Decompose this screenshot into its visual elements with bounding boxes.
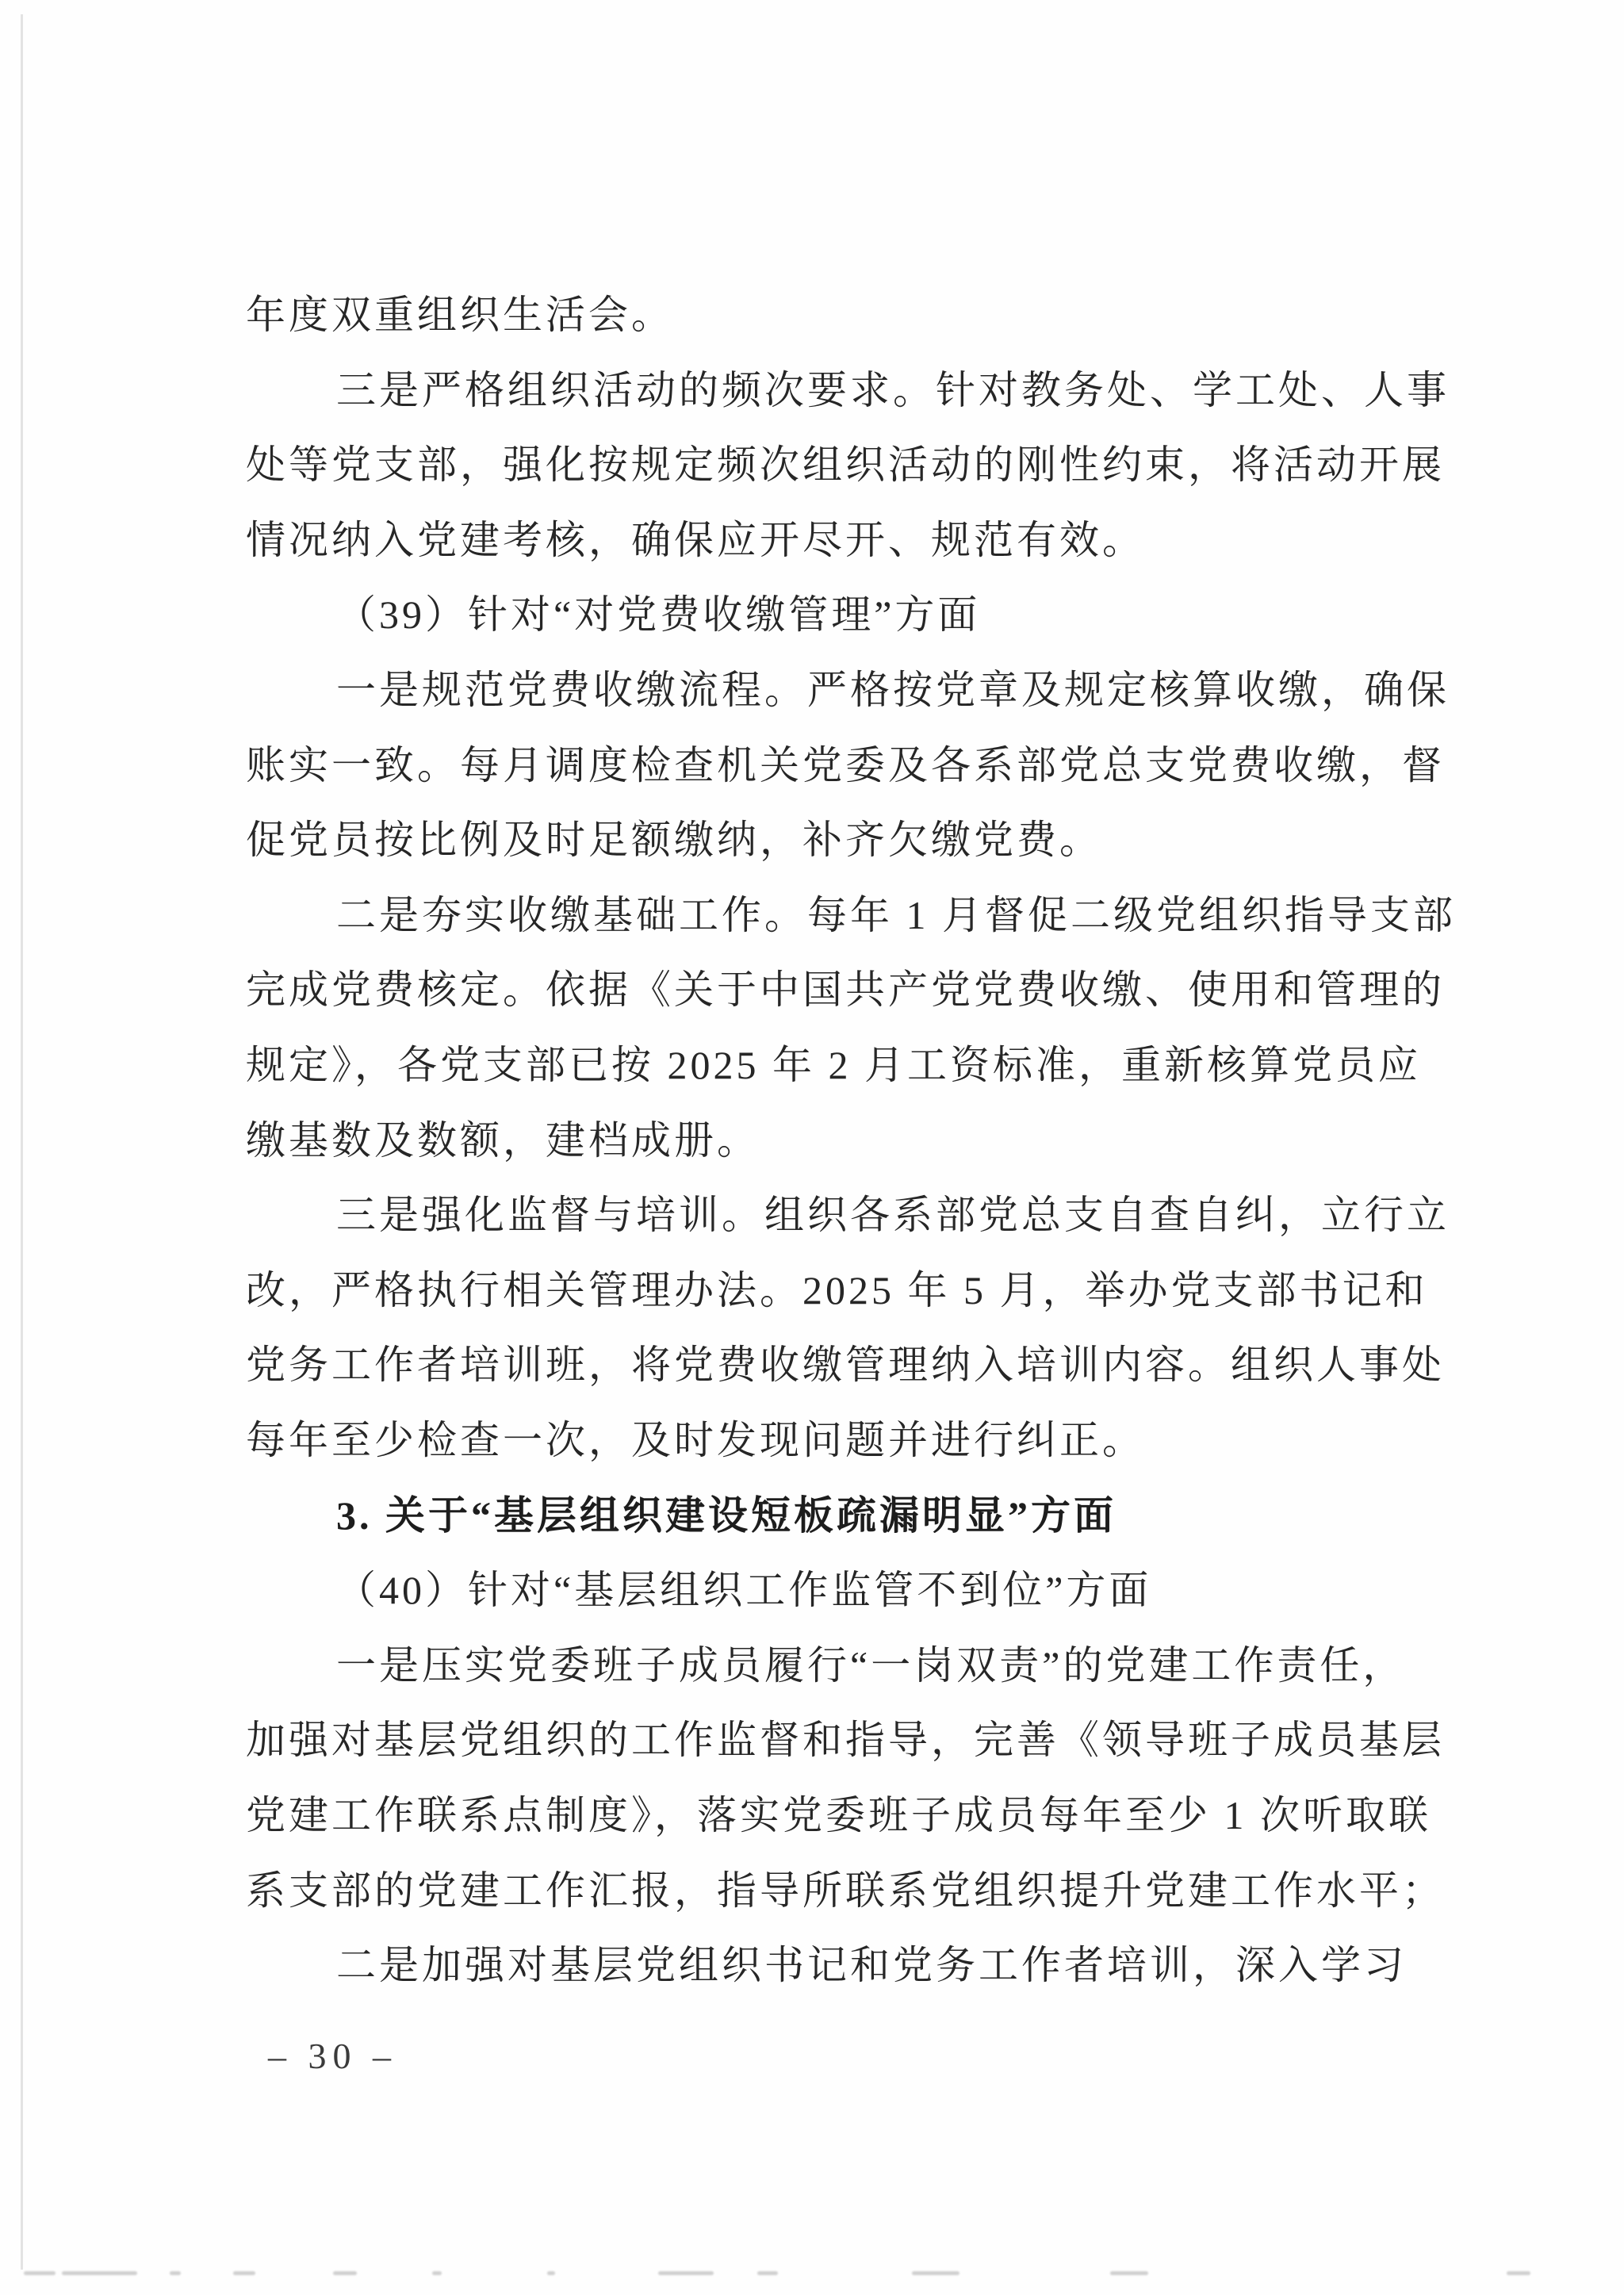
document-body: 年度双重组织生活会。三是严格组织活动的频次要求。针对教务处、学工处、人事处等党支… bbox=[246, 290, 1448, 2035]
scan-smudge bbox=[1507, 2271, 1530, 2275]
text-line: 处等党支部，强化按规定频次组织活动的刚性约束，将活动开展 bbox=[246, 440, 1445, 489]
text-line: （39）针对“对党费收缴管理”方面 bbox=[336, 590, 980, 639]
scan-smudge bbox=[432, 2271, 442, 2275]
text-line: 党建工作联系点制度》，落实党委班子成员每年至少 1 次听取联 bbox=[246, 1791, 1431, 1840]
text-line: 缴基数及数额，建档成册。 bbox=[246, 1116, 760, 1165]
text-line: 二是加强对基层党组织书记和党务工作者培训，深入学习 bbox=[336, 1941, 1407, 1990]
text-line: 三是强化监督与培训。组织各系部党总支自查自纠，立行立 bbox=[336, 1190, 1450, 1239]
scan-bottom-artifact bbox=[0, 2268, 1624, 2279]
scan-smudge bbox=[912, 2271, 959, 2275]
text-line: 规定》，各党支部已按 2025 年 2 月工资标准，重新核算党员应 bbox=[246, 1040, 1421, 1090]
scan-edge-artifact bbox=[21, 14, 23, 2270]
text-line: 系支部的党建工作汇报，指导所联系党组织提升党建工作水平； bbox=[246, 1866, 1445, 1915]
scan-smudge bbox=[62, 2271, 137, 2275]
text-line: 账实一致。每月调度检查机关党委及各系部党总支党费收缴，督 bbox=[246, 741, 1445, 790]
text-line: 每年至少检查一次，及时发现问题并进行纠正。 bbox=[246, 1416, 1145, 1465]
page-number: – 30 – bbox=[268, 2035, 397, 2077]
text-line: 年度双重组织生活会。 bbox=[246, 290, 674, 339]
scan-smudge bbox=[1110, 2271, 1148, 2275]
scan-smudge bbox=[658, 2271, 714, 2275]
text-line: 加强对基层党组织的工作监督和指导，完善《领导班子成员基层 bbox=[246, 1715, 1445, 1764]
text-line: 一是规范党费收缴流程。严格按党章及规定核算收缴，确保 bbox=[336, 665, 1450, 715]
document-page: 年度双重组织生活会。三是严格组织活动的频次要求。针对教务处、学工处、人事处等党支… bbox=[0, 0, 1624, 2295]
text-line: 促党员按比例及时足额缴纳，补齐欠缴党费。 bbox=[246, 815, 1102, 864]
text-line: 情况纳入党建考核，确保应开尽开、规范有效。 bbox=[246, 515, 1145, 565]
text-line: 党务工作者培训班，将党费收缴管理纳入培训内容。组织人事处 bbox=[246, 1340, 1445, 1389]
scan-smudge bbox=[170, 2271, 181, 2275]
scan-smudge bbox=[233, 2271, 255, 2275]
text-line: 三是严格组织活动的频次要求。针对教务处、学工处、人事 bbox=[336, 366, 1450, 415]
scan-smudge bbox=[24, 2271, 56, 2275]
text-line: 完成党费核定。依据《关于中国共产党党费收缴、使用和管理的 bbox=[246, 965, 1445, 1014]
scan-smudge bbox=[547, 2271, 555, 2275]
text-line: 改，严格执行相关管理办法。2025 年 5 月，举办党支部书记和 bbox=[246, 1266, 1428, 1315]
scan-smudge bbox=[333, 2271, 357, 2275]
text-line: 一是压实党委班子成员履行“一岗双责”的党建工作责任， bbox=[336, 1641, 1405, 1690]
scan-smudge bbox=[757, 2271, 778, 2275]
section-heading: 3. 关于“基层组织建设短板疏漏明显”方面 bbox=[336, 1491, 1116, 1540]
text-line: 二是夯实收缴基础工作。每年 1 月督促二级党组织指导支部 bbox=[336, 891, 1456, 940]
text-line: （40）针对“基层组织工作监管不到位”方面 bbox=[336, 1565, 1151, 1615]
